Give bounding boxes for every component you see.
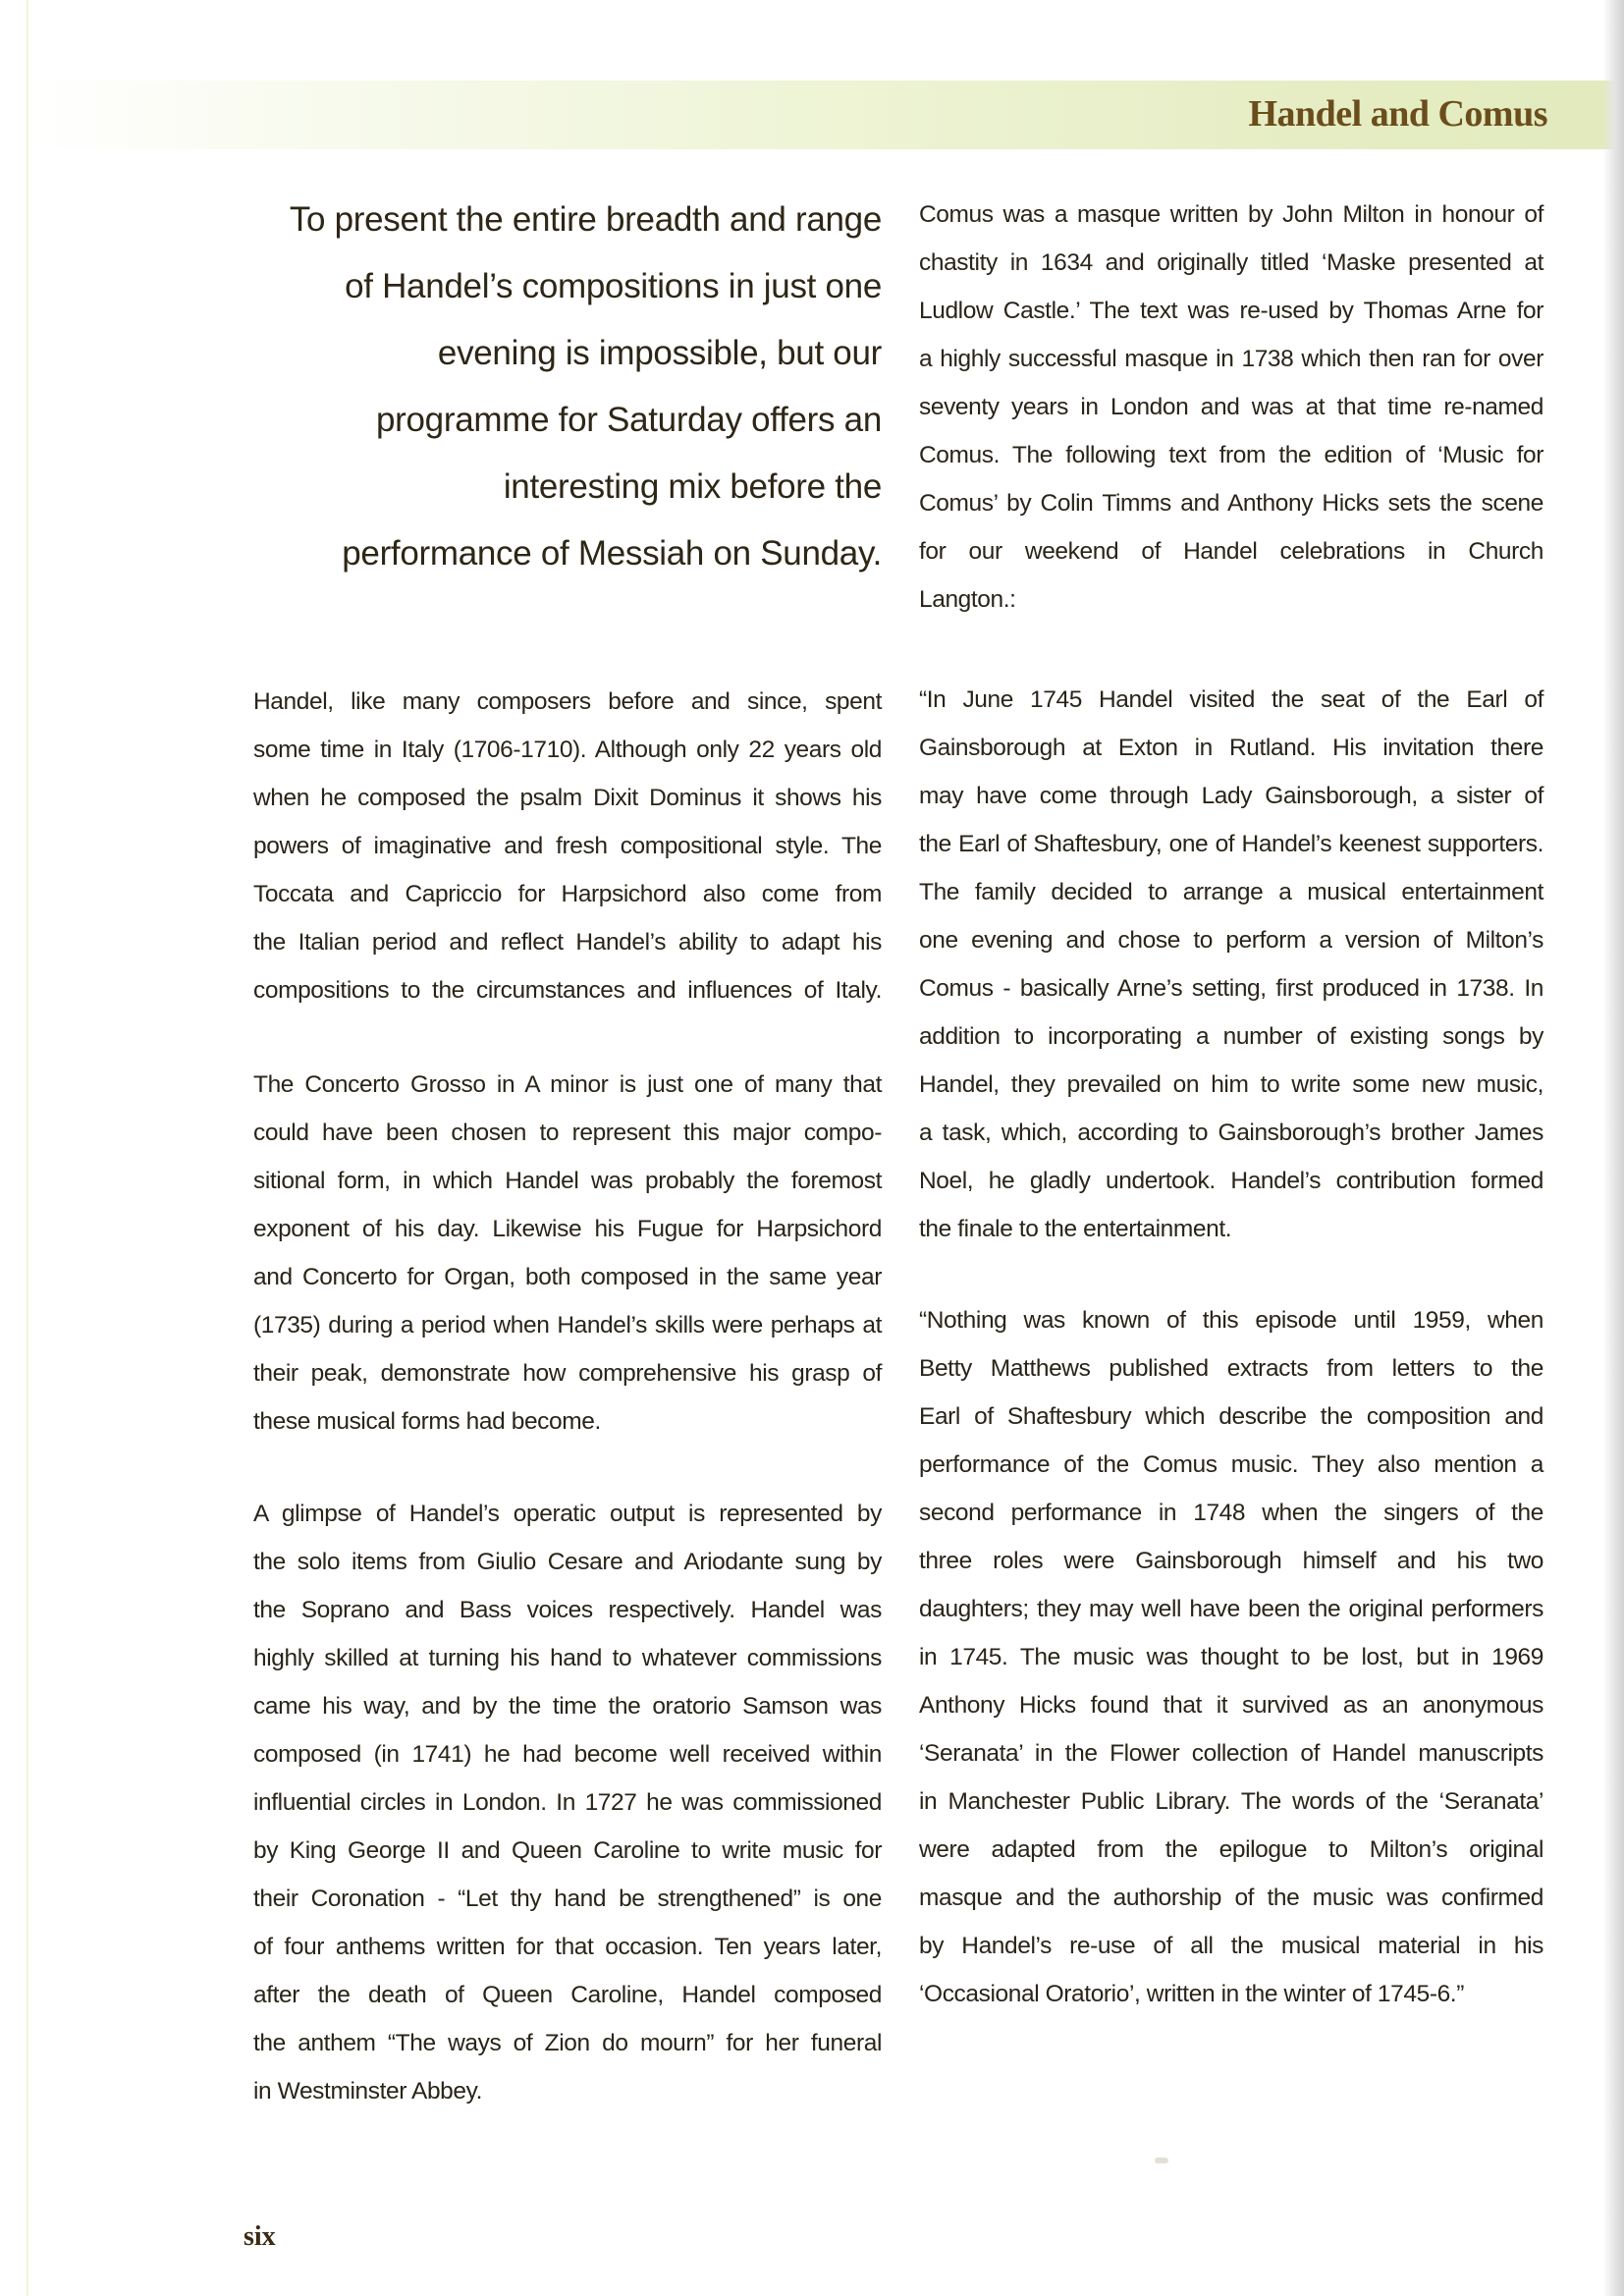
pull-quote-line: To present the entire breadth and range <box>245 187 882 253</box>
text-line: seventy years in London and was at that … <box>919 383 1543 431</box>
paragraph-italy: Handel, like many composers before and s… <box>253 678 882 1014</box>
text-line: may have come through Lady Gainsborough,… <box>919 772 1543 820</box>
text-line: one evening and chose to perform a versi… <box>919 916 1543 964</box>
page-number: six <box>244 2221 276 2253</box>
page-edge-line <box>27 0 28 2296</box>
scan-speck <box>1155 2158 1168 2163</box>
text-line: these musical forms had become. <box>253 1397 882 1446</box>
text-line: the Earl of Shaftesbury, one of Handel’s… <box>919 820 1543 868</box>
text-line: were adapted from the epilogue to Milton… <box>919 1826 1543 1874</box>
text-line: chastity in 1634 and originally titled ‘… <box>919 239 1543 287</box>
text-line: addition to incorporating a number of ex… <box>919 1012 1543 1061</box>
text-line: (1735) during a period when Handel’s ski… <box>253 1301 882 1349</box>
text-line: Toccata and Capriccio for Harpsichord al… <box>253 870 882 918</box>
text-line: when he composed the psalm Dixit Dominus… <box>253 774 882 822</box>
text-line: second performance in 1748 when the sing… <box>919 1489 1543 1537</box>
text-line: a highly successful masque in 1738 which… <box>919 335 1543 383</box>
text-line: some time in Italy (1706-1710). Although… <box>253 726 882 774</box>
pull-quote-line: performance of Messiah on Sunday. <box>245 520 882 587</box>
text-line: Earl of Shaftesbury which describe the c… <box>919 1393 1543 1441</box>
text-line: could have been chosen to represent this… <box>253 1109 882 1157</box>
text-line: the solo items from Giulio Cesare and Ar… <box>253 1538 882 1586</box>
text-line: Comus. The following text from the editi… <box>919 431 1543 479</box>
page-title: Handel and Comus <box>1248 94 1547 136</box>
text-line: Langton.: <box>919 575 1543 624</box>
text-line: of four anthems written for that occasio… <box>253 1923 882 1971</box>
text-line: powers of imaginative and fresh composit… <box>253 822 882 870</box>
text-line: the Soprano and Bass voices respectively… <box>253 1586 882 1634</box>
text-line: Gainsborough at Exton in Rutland. His in… <box>919 724 1543 772</box>
text-line: came his way, and by the time the orator… <box>253 1682 882 1730</box>
text-line: ‘Seranata’ in the Flower collection of H… <box>919 1729 1543 1777</box>
text-line: for our weekend of Handel celebrations i… <box>919 527 1543 575</box>
text-line: in Westminster Abbey. <box>253 2067 882 2115</box>
text-line: Handel, they prevailed on him to write s… <box>919 1061 1543 1109</box>
paragraph-operatic-output: A glimpse of Handel’s operatic output is… <box>253 1490 882 2115</box>
text-line: compositions to the circumstances and in… <box>253 966 882 1014</box>
text-line: Comus’ by Colin Timms and Anthony Hicks … <box>919 479 1543 527</box>
text-line: three roles were Gainsborough himself an… <box>919 1537 1543 1585</box>
paragraph-nothing-known: “Nothing was known of this episode until… <box>919 1296 1543 2018</box>
pull-quote-line: interesting mix before the <box>245 454 882 520</box>
text-line: sitional form, in which Handel was proba… <box>253 1157 882 1205</box>
text-line: Anthony Hicks found that it survived as … <box>919 1681 1543 1729</box>
text-line: “Nothing was known of this episode until… <box>919 1296 1543 1344</box>
pull-quote-line: evening is impossible, but our <box>245 320 882 387</box>
pull-quote-line: of Handel’s compositions in just one <box>245 253 882 320</box>
text-line: a task, which, according to Gainsborough… <box>919 1109 1543 1157</box>
paragraph-concerto-grosso: The Concerto Grosso in A minor is just o… <box>253 1061 882 1446</box>
text-line: the Italian period and reflect Handel’s … <box>253 918 882 966</box>
text-line: in 1745. The music was thought to be los… <box>919 1633 1543 1681</box>
pull-quote-line: programme for Saturday offers an <box>245 387 882 454</box>
text-line: by Handel’s re-use of all the musical ma… <box>919 1922 1543 1970</box>
text-line: by King George II and Queen Caroline to … <box>253 1827 882 1875</box>
text-line: The Concerto Grosso in A minor is just o… <box>253 1061 882 1109</box>
text-line: in Manchester Public Library. The words … <box>919 1777 1543 1826</box>
text-line: and Concerto for Organ, both composed in… <box>253 1253 882 1301</box>
text-line: Comus - basically Arne’s setting, first … <box>919 964 1543 1012</box>
text-line: Handel, like many composers before and s… <box>253 678 882 726</box>
text-line: performance of the Comus music. They als… <box>919 1441 1543 1489</box>
text-line: after the death of Queen Caroline, Hande… <box>253 1971 882 2019</box>
text-line: their Coronation - “Let thy hand be stre… <box>253 1875 882 1923</box>
scan-edge-shadow <box>1602 0 1624 2296</box>
text-line: the anthem “The ways of Zion do mourn” f… <box>253 2019 882 2067</box>
text-line: exponent of his day. Likewise his Fugue … <box>253 1205 882 1253</box>
text-line: daughters; they may well have been the o… <box>919 1585 1543 1633</box>
text-line: ‘Occasional Oratorio’, written in the wi… <box>919 1970 1543 2018</box>
pull-quote: To present the entire breadth and range … <box>245 187 882 587</box>
paragraph-comus-intro: Comus was a masque written by John Milto… <box>919 191 1543 624</box>
text-line: Noel, he gladly undertook. Handel’s cont… <box>919 1157 1543 1205</box>
text-line: The family decided to arrange a musical … <box>919 868 1543 916</box>
text-line: “In June 1745 Handel visited the seat of… <box>919 676 1543 724</box>
text-line: Ludlow Castle.’ The text was re-used by … <box>919 287 1543 335</box>
text-line: Betty Matthews published extracts from l… <box>919 1344 1543 1393</box>
text-line: composed (in 1741) he had become well re… <box>253 1730 882 1778</box>
text-line: masque and the authorship of the music w… <box>919 1874 1543 1922</box>
text-line: influential circles in London. In 1727 h… <box>253 1778 882 1827</box>
text-line: highly skilled at turning his hand to wh… <box>253 1634 882 1682</box>
text-line: Comus was a masque written by John Milto… <box>919 191 1543 239</box>
text-line: the finale to the entertainment. <box>919 1205 1543 1253</box>
text-line: A glimpse of Handel’s operatic output is… <box>253 1490 882 1538</box>
text-line: their peak, demonstrate how comprehensiv… <box>253 1349 882 1397</box>
paragraph-june-1745: “In June 1745 Handel visited the seat of… <box>919 676 1543 1253</box>
